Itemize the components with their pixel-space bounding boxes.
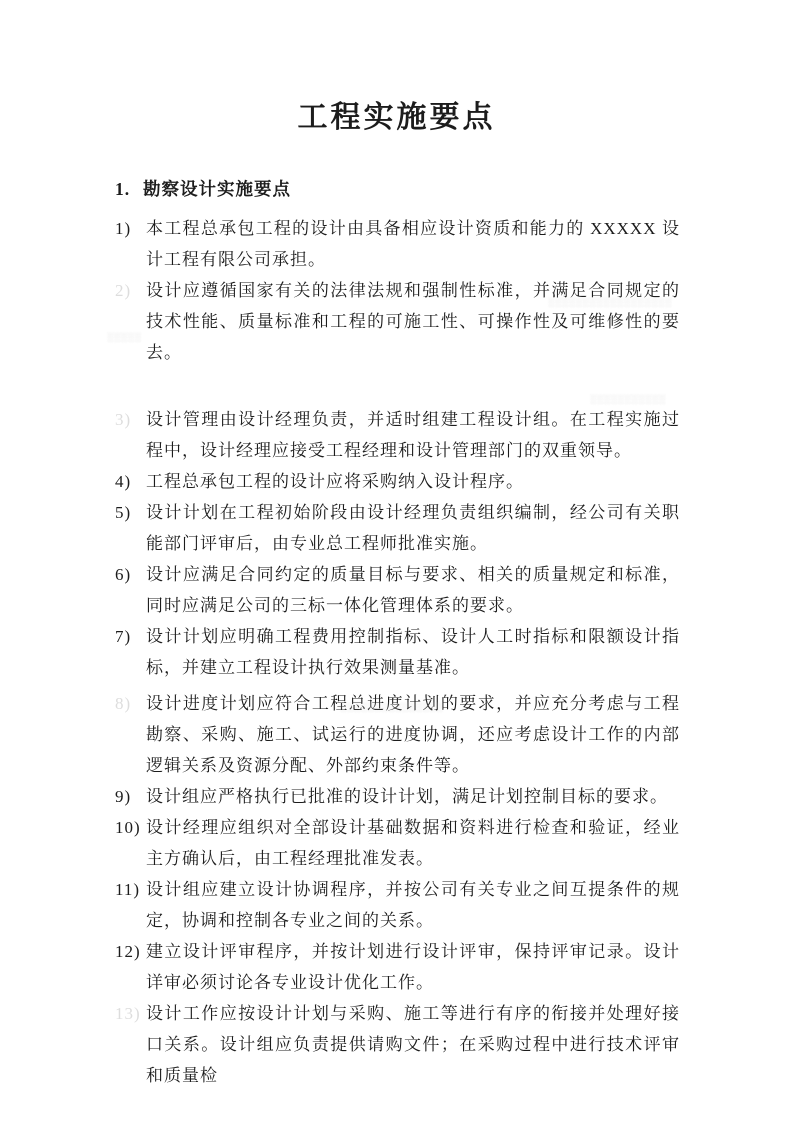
list-item: 11) 设计组应建立设计协调程序，并按公司有关专业之间互提条件的规定，协调和控制… (115, 874, 680, 936)
list-item: 6) 设计应满足合同约定的质量目标与要求、相关的质量规定和标准，同时应满足公司的… (115, 559, 680, 621)
list-item-text: 设计工作应按设计计划与采购、施工等进行有序的衔接并处理好接口关系。设计组应负责提… (146, 998, 680, 1091)
section-heading-number: 1. (115, 178, 143, 200)
list-item-number: 12) (115, 936, 146, 998)
document-title: 工程实施要点 (0, 100, 793, 136)
list-item-number: 3) (115, 404, 146, 466)
list-item-number: 4) (115, 466, 146, 497)
list-item: 13) 设计工作应按设计计划与采购、施工等进行有序的衔接并处理好接口关系。设计组… (115, 998, 680, 1091)
list-item: 1) 本工程总承包工程的设计由具备相应设计资质和能力的 XXXXX 设计工程有限… (115, 213, 680, 275)
list-item-text: 工程总承包工程的设计应将采购纳入设计程序。 (146, 466, 680, 497)
list-item: 7) 设计计划应明确工程费用控制指标、设计人工时指标和限额设计指标，并建立工程设… (115, 621, 680, 683)
list-item: 4) 工程总承包工程的设计应将采购纳入设计程序。 (115, 466, 680, 497)
list-item-number: 7) (115, 621, 146, 683)
section-heading: 1. 勘察设计实施要点 (115, 178, 678, 200)
list-item-text: 设计应满足合同约定的质量目标与要求、相关的质量规定和标准，同时应满足公司的三标一… (146, 559, 680, 621)
list-item: 9) 设计组应严格执行已批准的设计计划，满足计划控制目标的要求。 (115, 781, 680, 812)
list-item: 5) 设计计划在工程初始阶段由设计经理负责组织编制，经公司有关职能部门评审后，由… (115, 497, 680, 559)
watermark-illegible: ░░░░░░░░░░░░░░░░░░ (548, 297, 672, 307)
numbered-list: 1) 本工程总承包工程的设计由具备相应设计资质和能力的 XXXXX 设计工程有限… (115, 213, 680, 1091)
section-heading-text: 勘察设计实施要点 (143, 178, 291, 200)
list-item-text: 本工程总承包工程的设计由具备相应设计资质和能力的 XXXXX 设计工程有限公司承… (146, 213, 680, 275)
list-item-text: 设计组应建立设计协调程序，并按公司有关专业之间互提条件的规定，协调和控制各专业之… (146, 874, 680, 936)
list-item-text: 设计组应严格执行已批准的设计计划，满足计划控制目标的要求。 (146, 781, 680, 812)
list-item-number: 1) (115, 213, 146, 275)
list-item: 12) 建立设计评审程序，并按计划进行设计评审，保持评审记录。设计详审必须讨论各… (115, 936, 680, 998)
list-item-number: 2) (115, 275, 146, 368)
list-item-number: 8) (115, 688, 146, 781)
list-item-number: 6) (115, 559, 146, 621)
list-item: 10) 设计经理应组织对全部设计基础数据和资料进行检查和验证，经业主方确认后，由… (115, 812, 680, 874)
list-item-text: 设计计划在工程初始阶段由设计经理负责组织编制，经公司有关职能部门评审后，由专业总… (146, 497, 680, 559)
list-item-number: 5) (115, 497, 146, 559)
list-item: 3) 设计管理由设计经理负责，并适时组建工程设计组。在工程实施过程中，设计经理应… (115, 404, 680, 466)
list-item-number: 11) (115, 874, 146, 936)
list-item: 2) 设计应遵循国家有关的法律法规和强制性标准，并满足合同规定的技术性能、质量标… (115, 275, 680, 368)
list-item-number: 10) (115, 812, 146, 874)
list-item-text: 设计经理应组织对全部设计基础数据和资料进行检查和验证，经业主方确认后，由工程经理… (146, 812, 680, 874)
list-item-number: 9) (115, 781, 146, 812)
document-page: 工程实施要点 1. 勘察设计实施要点 1) 本工程总承包工程的设计由具备相应设计… (0, 0, 793, 1122)
list-item-text: 设计应遵循国家有关的法律法规和强制性标准，并满足合同规定的技术性能、质量标准和工… (146, 275, 680, 368)
list-item-text: 建立设计评审程序，并按计划进行设计评审，保持评审记录。设计详审必须讨论各专业设计… (146, 936, 680, 998)
list-item-number: 13) (115, 998, 146, 1091)
watermark-illegible: ░░░░░░░░░░░░░░░ (340, 702, 443, 712)
list-item-text: 设计计划应明确工程费用控制指标、设计人工时指标和限额设计指标，并建立工程设计执行… (146, 621, 680, 683)
watermark-illegible: ░░░░░ (107, 332, 141, 342)
list-item-text: 设计管理由设计经理负责，并适时组建工程设计组。在工程实施过程中，设计经理应接受工… (146, 404, 680, 466)
watermark-illegible: ░░░░░░░░░░░ (590, 394, 666, 404)
